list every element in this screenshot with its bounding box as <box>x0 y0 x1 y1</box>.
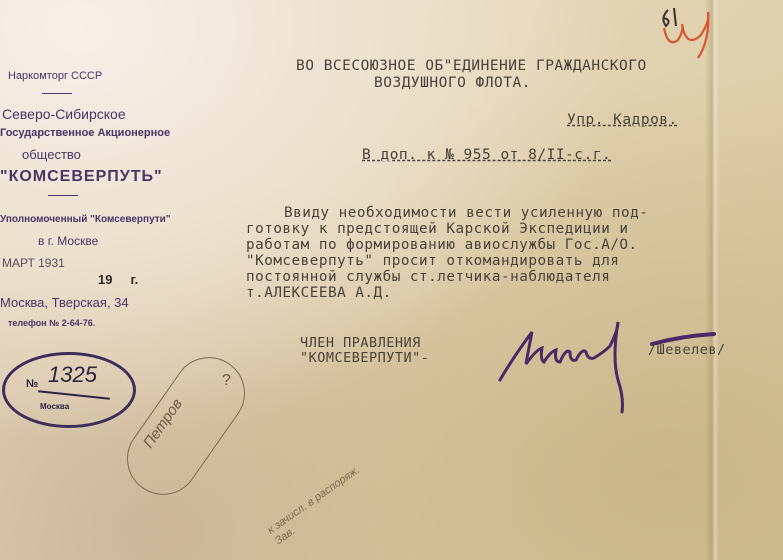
paper-fold <box>705 0 719 560</box>
body-line-2: готовку к предстоящей Карской Экспедиции… <box>246 221 629 237</box>
signature-icon <box>492 318 732 418</box>
stamp-year-line: 19 г. <box>98 272 138 287</box>
body-line-4: "Комсеверпуть" просит откомандировать дл… <box>246 253 619 269</box>
signatory-title-2: "КОМСЕВЕРПУТИ"- <box>300 350 429 366</box>
stamp-divider-2 <box>48 195 78 196</box>
registration-number: 1325 <box>48 362 97 388</box>
body-line-1: Ввиду необходимости вести усиленную под- <box>284 205 648 221</box>
reference-number: В доп. к № 955 от 8/II-с.г. <box>362 147 611 163</box>
body-line-5: постоянной службы ст.летчика-наблюдателя <box>246 269 610 285</box>
stamp-divider <box>42 93 72 94</box>
signatory-name: /Шевелев/ <box>648 342 726 358</box>
addressee-line-1: ВО ВСЕСОЮЗНОЕ ОБ"ЕДИНЕНИЕ ГРАЖДАНСКОГО <box>296 58 647 74</box>
handwritten-signature <box>492 318 732 423</box>
body-line-3: работам по формированию авиослужбы Гос.А… <box>246 237 638 253</box>
registration-city: Москва <box>40 402 69 411</box>
stamp-address: Москва, Тверская, 34 <box>0 295 129 310</box>
stamp-city: в г. Москве <box>38 234 98 248</box>
signatory-title-1: ЧЛЕН ПРАВЛЕНИЯ <box>300 335 421 351</box>
registration-prefix: № <box>26 378 38 390</box>
pencil-question-mark: ? <box>222 372 231 390</box>
stamp-representative: Уполномоченный "Комсеверпути" <box>0 214 171 225</box>
stamp-phone: телефон № 2-64-76. <box>8 318 95 328</box>
addressee-department: Упр. Кадров. <box>567 112 678 128</box>
stamp-society: общество <box>22 147 81 162</box>
addressee-line-2: ВОЗДУШНОГО ФЛОТА. <box>374 75 531 91</box>
stamp-region: Северо-Сибирское <box>2 106 126 122</box>
body-line-6: т.АЛЕКСЕЕВА А.Д. <box>246 285 392 301</box>
stamp-ministry: Наркомторг СССР <box>8 70 102 82</box>
handwritten-number-icon <box>650 0 750 60</box>
stamp-company-type: Государственное Акционерное <box>0 127 170 139</box>
stamp-date: МАРТ 1931 <box>2 256 65 270</box>
stamp-company-name: "КОМСЕВЕРПУТЬ" <box>0 168 163 186</box>
corner-number <box>650 0 750 65</box>
